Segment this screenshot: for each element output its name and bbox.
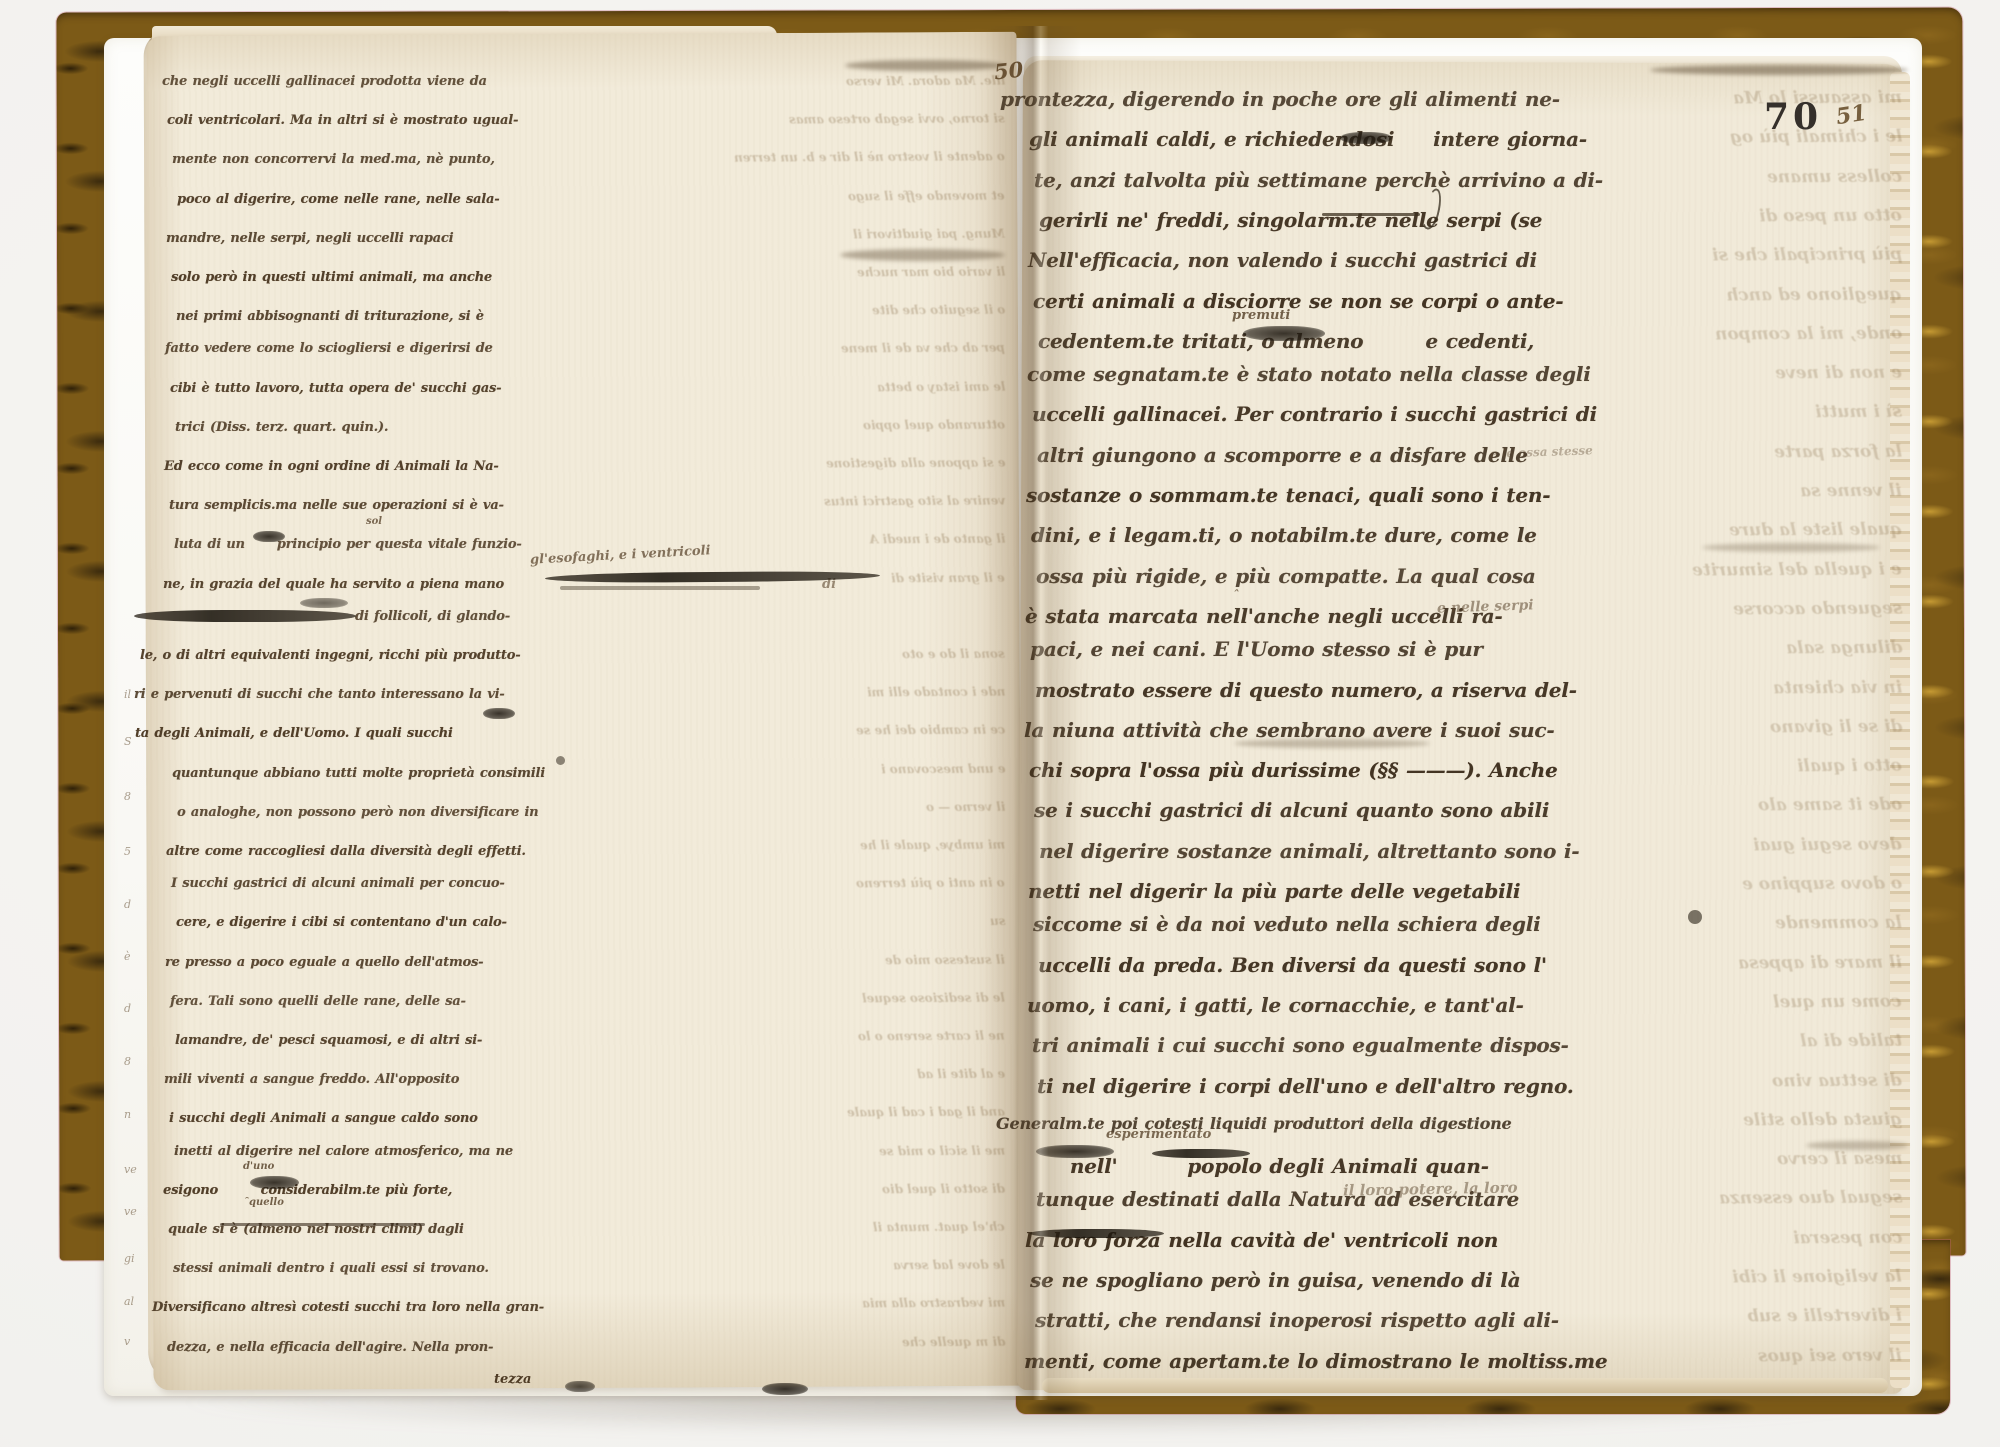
left-showthrough-text: di m quelle che <box>902 1334 1005 1349</box>
left-interlinear-annotation: ˆquello <box>244 1197 284 1208</box>
manuscript-photo: 50 70 51 tezza che negli uccelli gallina… <box>0 0 2000 1447</box>
right-showthrough-text: quale liste la dure <box>1729 520 1902 541</box>
left-page-text-line: nei primi abbisognanti di triturazione, … <box>176 309 484 324</box>
margin-bleed-mark: il <box>124 688 131 701</box>
left-ink-smear-mark <box>840 249 1005 261</box>
left-page-text-line: stessi animali dentro i quali essi si tr… <box>173 1261 489 1276</box>
left-showthrough-text: mi vedrastro alla mia <box>862 1296 1005 1311</box>
right-showthrough-text: talide di al <box>1800 1031 1902 1052</box>
right-page-text-line: uccelli gallinacei. Per contrario i succ… <box>1032 402 1597 426</box>
right-page-text-line: mostrato essere di questo numero, a rise… <box>1035 678 1577 702</box>
left-page-text-line: quantunque abbiano tutti molte proprietà… <box>172 766 545 781</box>
left-showthrough-text: e si appone alla digestione <box>826 456 1006 471</box>
left-showthrough-text: il ganto de i nuedi A <box>869 532 1005 547</box>
left-page-text-line: dezza, e nella efficacia dell'agire. Nel… <box>167 1340 493 1355</box>
left-showthrough-text: sona il do e oto <box>902 647 1005 662</box>
right-page-text-line: Nell'efficacia, non valendo i succhi gas… <box>1028 248 1537 272</box>
right-page-text-line: paci, e nei cani. E l'Uomo stesso si è p… <box>1030 637 1483 661</box>
left-page-text-line: che negli uccelli gallinacei prodotta vi… <box>162 74 487 89</box>
left-showthrough-text: ne li carte sereno o lo <box>858 1029 1005 1044</box>
right-page-text-line: netti nel digerir la più parte delle veg… <box>1028 879 1520 903</box>
left-ink-blob-mark <box>250 1176 299 1189</box>
right-page-text-line: uccelli da preda. Ben diversi da questi … <box>1038 953 1547 977</box>
right-showthrough-text: segual duo essenza <box>1719 1188 1902 1209</box>
margin-bleed-mark: ve <box>124 1205 137 1218</box>
left-page-text-line: lamandre, de' pesci squamosi, e di altri… <box>175 1033 482 1048</box>
right-ink-dot-mark <box>1688 910 1702 924</box>
left-showthrough-text: o in anti o più terreno <box>856 876 1005 891</box>
left-showthrough-text: di sotto il quel dio <box>882 1181 1005 1196</box>
right-showthrough-text: e i quella del simurite <box>1692 559 1902 580</box>
left-ink-thin-mark <box>560 586 760 590</box>
left-page-text-line: I succhi gastrici di alcuni animali per … <box>171 876 505 891</box>
right-showthrough-text: mesa il cervo <box>1776 1149 1902 1170</box>
margin-bleed-mark: S <box>124 735 132 748</box>
left-showthrough-text: e und mescovano i <box>881 761 1006 776</box>
left-ink-smear-mark <box>845 60 1005 71</box>
right-ink-blob-mark <box>1036 1145 1114 1158</box>
right-page-text-line: è stata marcata nell'anche negli uccelli… <box>1025 604 1503 628</box>
left-page-text-line: altre come raccogliesi dalla diversità d… <box>166 844 526 859</box>
left-page-text-line: mente non concorrervi la med.ma, nè punt… <box>172 152 495 167</box>
margin-bleed-mark: 8 <box>124 790 131 803</box>
left-showthrough-text: si torno, ovvi segab orteso amas <box>789 112 1005 127</box>
right-showthrough-text: la forza parte <box>1774 441 1902 462</box>
right-showthrough-text: di settua vino <box>1772 1070 1902 1091</box>
right-page-text-line: ossa più rigide, e più compatte. La qual… <box>1036 564 1536 588</box>
right-showthrough-text: di se li givano <box>1770 716 1902 737</box>
left-page-text-line: fatto vedere come lo sciogliersi e diger… <box>165 341 493 356</box>
right-showthrough-text: colless umane <box>1767 166 1902 187</box>
right-page-text-line: dini, e i legam.ti, o notabilm.te dure, … <box>1031 523 1537 547</box>
left-page-text-line: Diversificano altresì cotesti succhi tra… <box>152 1300 544 1315</box>
left-showthrough-text: nde i contado elli mi <box>867 685 1005 700</box>
left-page-text-line: cibi è tutto lavoro, tutta opera de' suc… <box>170 381 501 396</box>
right-showthrough-text: dilunga sala <box>1786 638 1903 659</box>
right-showthrough-text: il vero sei quos <box>1758 1345 1902 1366</box>
left-interlinear-annotation: sol <box>366 516 382 527</box>
right-page-bottom-edge <box>1042 1378 1888 1393</box>
margin-bleed-mark: 8 <box>124 1055 131 1068</box>
right-ink-smear-mark <box>1650 65 1908 75</box>
right-ink-smear-mark <box>1234 739 1430 748</box>
right-page-text-line: ti nel digerire i corpi dell'uno e dell'… <box>1037 1074 1574 1098</box>
right-page-text-line: nell' popolo degli Animali quan- <box>1031 1154 1489 1178</box>
left-showthrough-text: venire al sito gastrici intus <box>824 494 1005 509</box>
left-page-text-line: tura semplicis.ma nelle sue operazioni s… <box>169 498 504 513</box>
left-showthrough-text: le ami istay o betta <box>877 379 1006 394</box>
left-showthrough-text: per ab che va de il mene <box>841 341 1005 356</box>
right-showthrough-text: sì i mutti <box>1815 402 1902 422</box>
margin-bleed-mark: 5 <box>124 845 131 858</box>
left-page-text-line: mandre, nelle serpi, negli uccelli rapac… <box>166 231 453 246</box>
right-page-text-line: la niuna attività che sembrano avere i s… <box>1024 718 1554 742</box>
right-interlinear-annotation: il loro potere, la loro <box>1343 1178 1518 1199</box>
left-ink-dot-mark <box>556 756 565 765</box>
right-showthrough-text: la commende <box>1775 913 1902 934</box>
right-interlinear-annotation: ˆ <box>1233 588 1239 602</box>
right-page-text-line: sostanze o sommam.te tenaci, quali sono … <box>1026 483 1550 507</box>
margin-bleed-mark: n <box>124 1108 131 1121</box>
right-ink-blob-mark <box>1340 132 1392 144</box>
margin-bleed-mark: gi <box>124 1252 135 1265</box>
right-page-text-line: gerirli ne' freddi, singolarm.te nelle s… <box>1039 208 1542 232</box>
right-showthrough-text: o dovo suppino e <box>1742 874 1902 895</box>
margin-bleed-mark: d <box>124 898 131 911</box>
right-interlinear-annotation: premuti <box>1232 308 1290 323</box>
left-showthrough-text: Mung. pai giudtivori il <box>853 226 1005 241</box>
left-page-text-line: luta di un principio per questa vitale f… <box>174 537 522 552</box>
left-showthrough-text: e al dite il ad <box>917 1067 1005 1081</box>
left-ink-blob-mark <box>300 598 348 608</box>
left-page-text-line: ta degli Animali, e dell'Uomo. I quali s… <box>135 726 453 741</box>
right-ink-blob-mark <box>1243 326 1325 341</box>
margin-bleed-mark: v <box>124 1335 130 1348</box>
left-showthrough-text: il verno — o <box>926 800 1005 814</box>
right-interlinear-annotation: e nelle serpi <box>1437 597 1534 616</box>
right-showthrough-text: più principali che si <box>1712 245 1902 266</box>
right-ink-strike-mark <box>1030 1229 1164 1238</box>
left-page-text-line: le, o di altri equivalenti ingegni, ricc… <box>140 648 520 663</box>
right-showthrough-text: in via chienta <box>1773 677 1902 698</box>
right-page-text-line: siccome si è da noi veduto nella schiera… <box>1033 912 1541 936</box>
left-showthrough-text: ille. Ma adora. Mi verso <box>846 74 1005 89</box>
right-page-text-line: stratti, che rendansi inoperosi rispetto… <box>1035 1308 1559 1332</box>
left-page-text-line: di follicoli, di glando- <box>355 609 510 624</box>
right-page-text-line: come segnatam.te è stato notato nella cl… <box>1027 362 1591 386</box>
right-showthrough-text: con peserai <box>1792 1227 1902 1248</box>
left-page-text-line: o analoghe, non possono però non diversi… <box>177 805 538 820</box>
stamped-page-number: 70 <box>1764 96 1822 138</box>
left-showthrough-text: le dove lad serva <box>893 1258 1005 1273</box>
left-page-text-line: re presso a poco eguale a quello dell'at… <box>165 955 483 970</box>
left-showthrough-text: il sustesso mio de <box>885 952 1005 967</box>
right-showthrough-text: seguendo accorse <box>1733 598 1902 619</box>
left-ink-blob-mark <box>253 531 285 542</box>
right-folio-number: 51 <box>1834 100 1868 130</box>
left-showthrough-text: e il gran visite di <box>891 570 1005 585</box>
left-showthrough-text: su <box>989 914 1005 928</box>
left-showthrough-text: me il sicil o mid se <box>879 1143 1005 1158</box>
right-ink-rule-mark <box>1322 213 1420 216</box>
right-page-text-line: gli animali caldi, e richiedendosi inter… <box>1029 127 1587 151</box>
right-page-text-line: certi animali a disciorre se non se corp… <box>1033 289 1563 313</box>
left-page-text-line: ne, in grazia del quale ha servito a pie… <box>163 577 504 592</box>
right-showthrough-text: e non di neve <box>1775 363 1902 384</box>
left-page-text-line: trici (Diss. terz. quart. quin.). <box>175 420 388 435</box>
left-showthrough-text: le di sedizioso sequel <box>862 990 1005 1005</box>
right-page-text-line: menti, come apertam.te lo dimostrano le … <box>1024 1349 1607 1373</box>
right-showthrough-text: il venne sa <box>1800 481 1902 502</box>
left-showthrough-text: et movendo effe il sugo <box>848 188 1005 203</box>
left-page-text-line: poco al digerire, come nelle rane, nelle… <box>177 192 499 207</box>
right-ink-strike-mark <box>1152 1149 1250 1158</box>
right-page-text-line: chi sopra l'ossa più durissime (§§ ———).… <box>1029 758 1558 782</box>
right-page-text-line: Generalm.te poi cotesti liquidi produtto… <box>996 1114 1512 1133</box>
right-page-text-line: te, anzi talvolta più settimane perchè a… <box>1034 168 1603 192</box>
right-interlinear-annotation: esperimentato <box>1106 1127 1211 1142</box>
left-page-text-line: fera. Tali sono quelli delle rane, delle… <box>170 994 466 1009</box>
left-showthrough-text: ce in cambio dei he se <box>856 723 1005 738</box>
right-showthrough-text: come un quel <box>1773 992 1902 1013</box>
left-page-text-line: solo però in questi ultimi animali, ma a… <box>171 270 492 285</box>
left-interlinear-annotation: d'uno <box>243 1161 274 1172</box>
left-page-text-line: cere, e digerire i cibi si contentano d'… <box>176 915 507 930</box>
left-page-text-line: Ed ecco come in ogni ordine di Animali l… <box>164 459 499 474</box>
margin-bleed-mark: al <box>124 1295 134 1308</box>
right-page-text-line: altri giungono a scomporre e a disfare d… <box>1037 443 1528 467</box>
right-page-text-line: nel digerire sostanze animali, altrettan… <box>1039 839 1579 863</box>
right-ink-smear-mark <box>1702 543 1880 552</box>
left-page-text-line: coli ventricolari. Ma in altri si è most… <box>167 113 518 128</box>
margin-bleed-mark: d <box>124 1002 131 1015</box>
right-showthrough-text: giusta dello stile <box>1743 1109 1902 1130</box>
left-page-text-line: mili viventi a sangue freddo. All'opposi… <box>164 1072 459 1087</box>
catchword: tezza <box>494 1372 531 1387</box>
left-page-text-line: ri e pervenuti di succhi che tanto inter… <box>134 687 505 702</box>
left-ink-blob-mark <box>565 1381 595 1392</box>
left-showthrough-text: mi umbye, quale il he <box>860 838 1005 853</box>
margin-bleed-mark: è <box>124 950 131 963</box>
right-page-text-line: prontezza, digerendo in poche ore gli al… <box>1000 87 1560 111</box>
left-showthrough-text: li vario bio mar nuche <box>857 265 1005 280</box>
left-showthrough-text: ch'el quat. munta il <box>873 1220 1005 1235</box>
right-showthrough-text: quegliono ed anch <box>1726 284 1902 305</box>
right-showthrough-text: ode it same alo <box>1758 795 1902 816</box>
right-showthrough-text: devo segui guai <box>1753 834 1902 855</box>
left-ink-blob-mark <box>762 1383 808 1395</box>
right-showthrough-text: i divertelli e sub <box>1747 1306 1902 1327</box>
left-showthrough-text: o adente il vostro nè il dir e b. un ter… <box>734 150 1005 165</box>
right-page-text-line: uomo, i cani, i gatti, le cornacchie, e … <box>1027 993 1524 1017</box>
left-ink-strike-mark <box>134 610 356 622</box>
right-showthrough-text: la veligione li cibi <box>1732 1267 1902 1288</box>
left-showthrough-text: and il gad i cad il quale <box>847 1105 1005 1120</box>
right-showthrough-text: otto un peso di <box>1759 206 1902 227</box>
left-ink-thin-mark <box>220 1223 425 1226</box>
left-showthrough-text: o il seguito che dite <box>872 303 1005 318</box>
right-page-text-line: se ne spogliano però in guisa, venendo d… <box>1030 1268 1520 1292</box>
left-page-text-line: esigono considerabilm.te più forte, <box>163 1183 452 1198</box>
right-page-text-line: se i succhi gastrici di alcuni quanto so… <box>1034 798 1549 822</box>
margin-bleed-mark: ve <box>124 1163 137 1176</box>
right-page-text-line: tri animali i cui succhi sono egualmente… <box>1032 1033 1569 1057</box>
left-page-text-line: i succhi degli Animali a sangue caldo so… <box>169 1111 478 1126</box>
right-showthrough-text: il mare di appesa <box>1738 952 1902 973</box>
left-showthrough-text: otturando quel oppio <box>863 417 1005 432</box>
right-showthrough-text: onde, mi la compon <box>1715 323 1902 344</box>
left-page-text-line: inetti al digerire nel calore atmosferic… <box>174 1144 513 1159</box>
left-ink-blob-mark <box>483 708 515 719</box>
right-ink-smear-mark <box>1806 1141 1908 1150</box>
left-folio-number: 50 <box>993 57 1025 85</box>
right-showthrough-text: otto i quali <box>1797 756 1902 777</box>
